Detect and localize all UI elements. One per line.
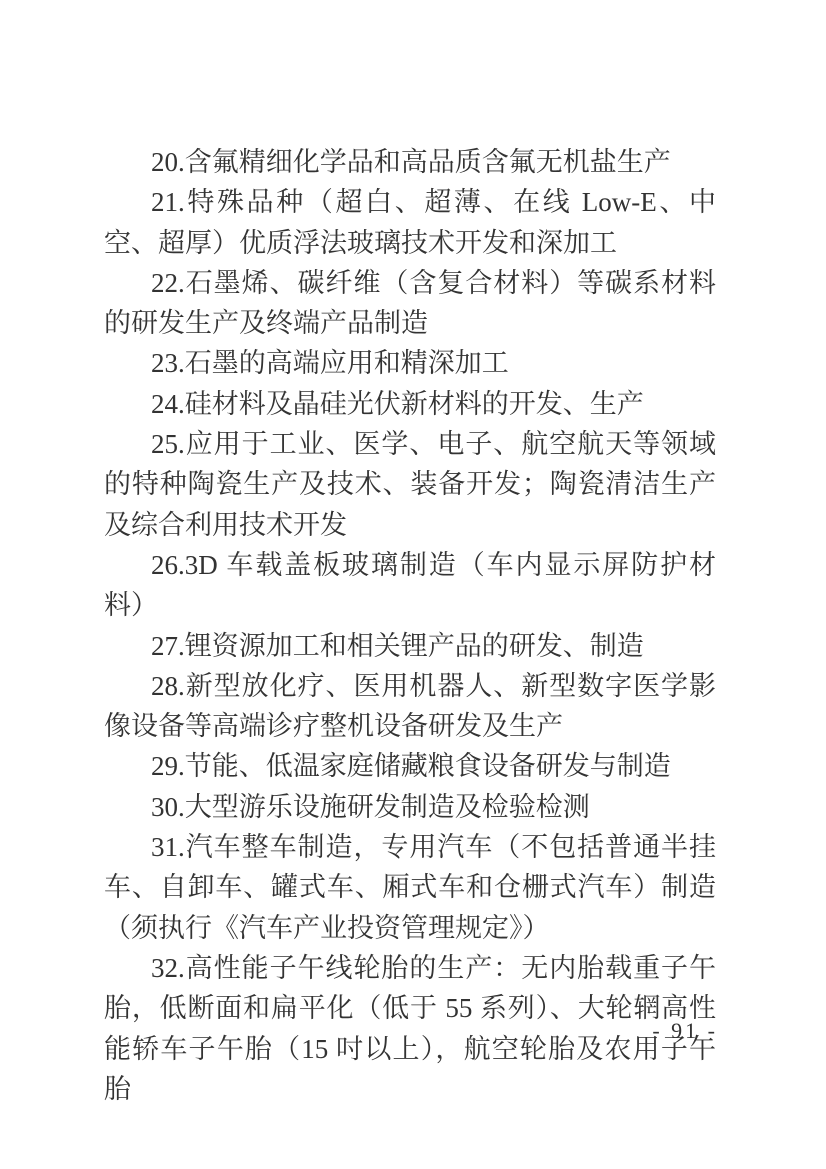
paragraph: 24.硅材料及晶硅光伏新材料的开发、生产 xyxy=(104,384,716,424)
page-number: - 91 - xyxy=(652,1018,718,1043)
paragraph: 31.汽车整车制造，专用汽车（不包括普通半挂车、自卸车、罐式车、厢式车和仓栅式汽… xyxy=(104,827,716,948)
paragraph: 22.石墨烯、碳纤维（含复合材料）等碳系材料的研发生产及终端产品制造 xyxy=(104,263,716,344)
page-footer: - 91 - xyxy=(104,1016,718,1046)
paragraph: 21.特殊品种（超白、超薄、在线 Low-E、中空、超厚）优质浮法玻璃技术开发和… xyxy=(104,182,716,263)
paragraph: 28.新型放化疗、医用机器人、新型数字医学影像设备等高端诊疗整机设备研发及生产 xyxy=(104,666,716,747)
document-page: 20.含氟精细化学品和高品质含氟无机盐生产 21.特殊品种（超白、超薄、在线 L… xyxy=(0,0,826,1169)
paragraph: 27.锂资源加工和相关锂产品的研发、制造 xyxy=(104,626,716,666)
paragraph: 23.石墨的高端应用和精深加工 xyxy=(104,343,716,383)
paragraph: 20.含氟精细化学品和高品质含氟无机盐生产 xyxy=(104,142,716,182)
paragraph: 29.节能、低温家庭储藏粮食设备研发与制造 xyxy=(104,746,716,786)
paragraph: 26.3D 车载盖板玻璃制造（车内显示屏防护材料） xyxy=(104,545,716,626)
paragraph: 25.应用于工业、医学、电子、航空航天等领域的特种陶瓷生产及技术、装备开发；陶瓷… xyxy=(104,424,716,545)
document-body: 20.含氟精细化学品和高品质含氟无机盐生产 21.特殊品种（超白、超薄、在线 L… xyxy=(104,142,716,1109)
paragraph: 30.大型游乐设施研发制造及检验检测 xyxy=(104,787,716,827)
